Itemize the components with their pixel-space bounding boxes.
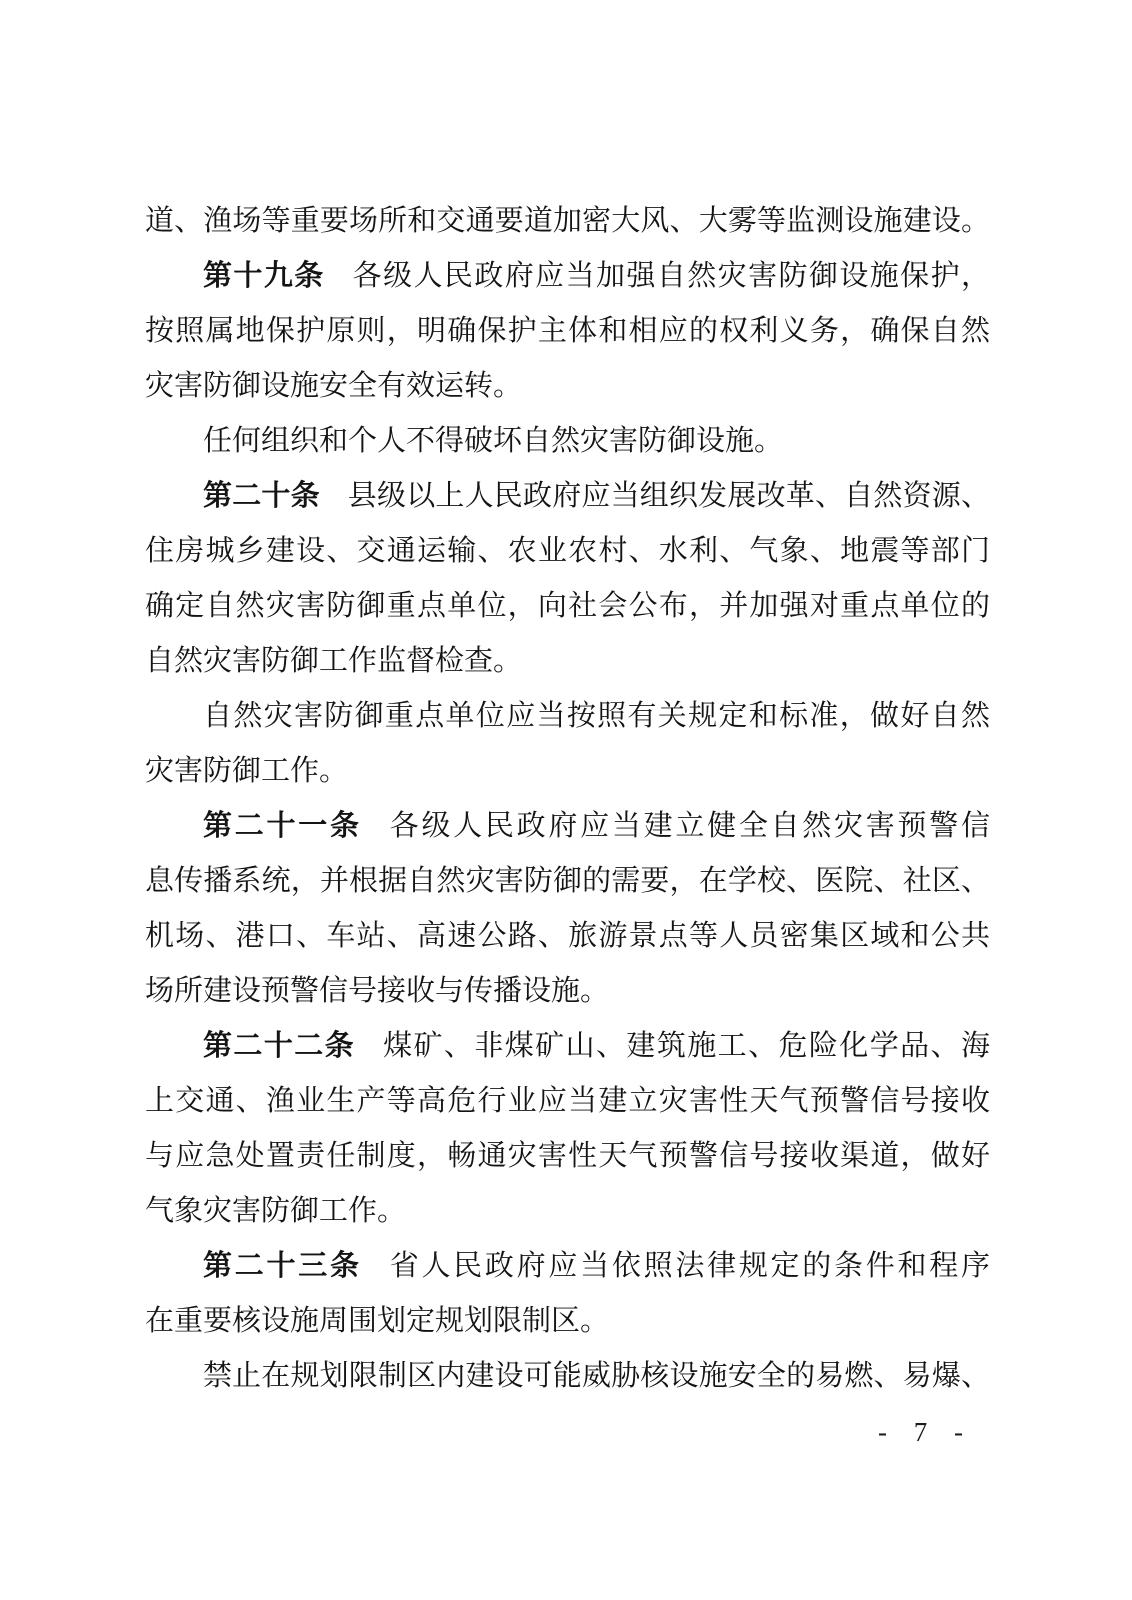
paragraph-line: 禁止在规划限制区内建设可能威胁核设施安全的易燃、易爆、 xyxy=(145,1349,990,1404)
line-text: 气象灾害防御工作。 xyxy=(145,1195,406,1227)
line-text: 场所建设预警信号接收与传播设施。 xyxy=(145,975,609,1007)
line-text: 县级以上人民政府应当组织发展改革、自然资源、 xyxy=(348,480,990,512)
line-text: 机场、港口、车站、高速公路、旅游景点等人员密集区域和公共 xyxy=(145,920,990,952)
paragraph-line-article-23: 第二十三条省人民政府应当依照法律规定的条件和程序 xyxy=(145,1239,990,1294)
paragraph-line: 息传播系统，并根据自然灾害防御的需要，在学校、医院、社区、 xyxy=(145,854,990,909)
document-body: 道、渔场等重要场所和交通要道加密大风、大雾等监测设施建设。 第十九条各级人民政府… xyxy=(145,194,990,1404)
line-text: 自然灾害防御重点单位应当按照有关规定和标准，做好自然 xyxy=(203,700,990,732)
article-number: 第二十二条 xyxy=(203,1030,355,1062)
paragraph-line: 场所建设预警信号接收与传播设施。 xyxy=(145,964,990,1019)
paragraph-line: 自然灾害防御工作监督检查。 xyxy=(145,634,990,689)
paragraph-line: 在重要核设施周围划定规划限制区。 xyxy=(145,1294,990,1349)
line-text: 煤矿、非煤矿山、建筑施工、危险化学品、海 xyxy=(383,1030,990,1062)
line-text: 住房城乡建设、交通运输、农业农村、水利、气象、地震等部门 xyxy=(145,535,990,567)
paragraph-line: 道、渔场等重要场所和交通要道加密大风、大雾等监测设施建设。 xyxy=(145,194,990,249)
paragraph-line: 上交通、渔业生产等高危行业应当建立灾害性天气预警信号接收 xyxy=(145,1074,990,1129)
line-text: 在重要核设施周围划定规划限制区。 xyxy=(145,1305,609,1337)
paragraph-line: 任何组织和个人不得破坏自然灾害防御设施。 xyxy=(145,414,990,469)
line-text: 灾害防御工作。 xyxy=(145,755,348,787)
line-text: 确定自然灾害防御重点单位，向社会公布，并加强对重点单位的 xyxy=(145,590,990,622)
paragraph-line: 按照属地保护原则，明确保护主体和相应的权利义务，确保自然 xyxy=(145,304,990,359)
paragraph-line: 机场、港口、车站、高速公路、旅游景点等人员密集区域和公共 xyxy=(145,909,990,964)
document-page: 道、渔场等重要场所和交通要道加密大风、大雾等监测设施建设。 第十九条各级人民政府… xyxy=(0,0,1132,1600)
paragraph-line: 确定自然灾害防御重点单位，向社会公布，并加强对重点单位的 xyxy=(145,579,990,634)
paragraph-line-article-20: 第二十条县级以上人民政府应当组织发展改革、自然资源、 xyxy=(145,469,990,524)
paragraph-line: 气象灾害防御工作。 xyxy=(145,1184,990,1239)
paragraph-line-article-21: 第二十一条各级人民政府应当建立健全自然灾害预警信 xyxy=(145,799,990,854)
paragraph-line-article-22: 第二十二条煤矿、非煤矿山、建筑施工、危险化学品、海 xyxy=(145,1019,990,1074)
line-text: 各级人民政府应当建立健全自然灾害预警信 xyxy=(390,810,990,842)
paragraph-line: 灾害防御设施安全有效运转。 xyxy=(145,359,990,414)
line-text: 禁止在规划限制区内建设可能威胁核设施安全的易燃、易爆、 xyxy=(203,1360,990,1392)
line-text: 道、渔场等重要场所和交通要道加密大风、大雾等监测设施建设。 xyxy=(145,205,990,237)
paragraph-line: 自然灾害防御重点单位应当按照有关规定和标准，做好自然 xyxy=(145,689,990,744)
article-number: 第二十三条 xyxy=(203,1250,362,1282)
article-number: 第二十条 xyxy=(203,480,320,512)
paragraph-line: 与应急处置责任制度，畅通灾害性天气预警信号接收渠道，做好 xyxy=(145,1129,990,1184)
line-text: 任何组织和个人不得破坏自然灾害防御设施。 xyxy=(203,425,783,457)
article-number: 第二十一条 xyxy=(203,810,362,842)
line-text: 息传播系统，并根据自然灾害防御的需要，在学校、医院、社区、 xyxy=(145,865,990,897)
paragraph-line: 住房城乡建设、交通运输、农业农村、水利、气象、地震等部门 xyxy=(145,524,990,579)
article-number: 第十九条 xyxy=(203,260,325,292)
line-text: 各级人民政府应当加强自然灾害防御设施保护， xyxy=(353,260,990,292)
line-text: 按照属地保护原则，明确保护主体和相应的权利义务，确保自然 xyxy=(145,315,990,347)
line-text: 省人民政府应当依照法律规定的条件和程序 xyxy=(390,1250,990,1282)
line-text: 灾害防御设施安全有效运转。 xyxy=(145,370,522,402)
page-number: - 7 - xyxy=(878,1417,972,1448)
paragraph-line-article-19: 第十九条各级人民政府应当加强自然灾害防御设施保护， xyxy=(145,249,990,304)
line-text: 自然灾害防御工作监督检查。 xyxy=(145,645,522,677)
line-text: 上交通、渔业生产等高危行业应当建立灾害性天气预警信号接收 xyxy=(145,1085,990,1117)
line-text: 与应急处置责任制度，畅通灾害性天气预警信号接收渠道，做好 xyxy=(145,1140,990,1172)
paragraph-line: 灾害防御工作。 xyxy=(145,744,990,799)
